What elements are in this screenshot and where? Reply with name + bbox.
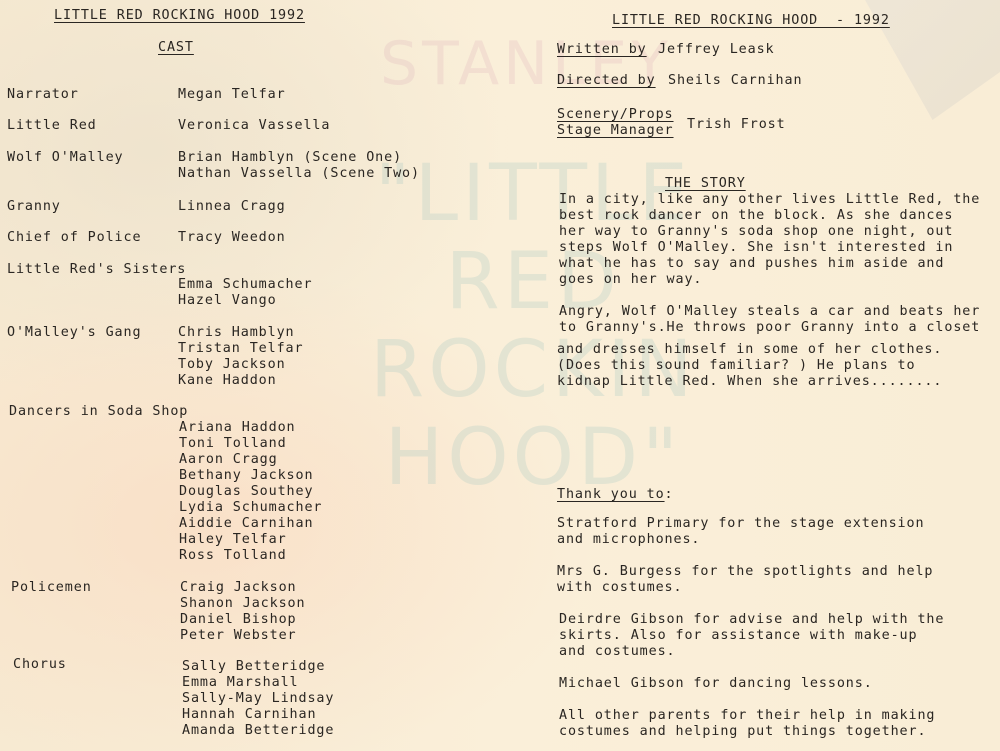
cast-name: Aaron Cragg: [179, 452, 322, 468]
cast-names: Sally Betteridge Emma Marshall Sally-May…: [182, 659, 334, 739]
cast-name: Megan Telfar: [178, 87, 286, 103]
credit-label: Written by: [557, 42, 647, 58]
cast-name: Tracy Weedon: [178, 230, 286, 246]
cast-name: Kane Haddon: [178, 373, 303, 389]
credit-label: Scenery/Props: [557, 107, 674, 123]
thanks-item: Michael Gibson for dancing lessons.: [559, 676, 873, 692]
cast-name: Amanda Betteridge: [182, 723, 334, 739]
role-label: Chorus: [13, 657, 67, 672]
cast-name: Hannah Carnihan: [182, 707, 334, 723]
cast-name: Haley Telfar: [179, 532, 322, 548]
role-label: Narrator: [7, 87, 79, 102]
role-label: Little Red's Sisters: [7, 262, 186, 277]
cast-name: Peter Webster: [180, 628, 305, 644]
credit-value: Jeffrey Leask: [658, 42, 775, 58]
thanks-item: Deirdre Gibson for advise and help with …: [559, 612, 944, 660]
role-label: Little Red: [7, 118, 97, 133]
cast-name: Lydia Schumacher: [179, 500, 322, 516]
cast-names: Ariana Haddon Toni Tolland Aaron Cragg B…: [179, 420, 322, 564]
cast-name: Sally-May Lindsay: [182, 691, 334, 707]
role-label: Granny: [7, 199, 61, 214]
cast-names: Linnea Cragg: [178, 199, 286, 215]
cast-names: Craig Jackson Shanon Jackson Daniel Bish…: [180, 580, 305, 644]
cast-name: Emma Marshall: [182, 675, 334, 691]
cast-name: Nathan Vassella (Scene Two): [178, 166, 420, 182]
right-page-title: LITTLE RED ROCKING HOOD - 1992: [612, 13, 890, 29]
role-label: Dancers in Soda Shop: [9, 404, 188, 419]
cast-name: Bethany Jackson: [179, 468, 322, 484]
cast-names: Emma Schumacher Hazel Vango: [178, 277, 312, 309]
thanks-heading-wrap: Thank you to:: [557, 487, 674, 503]
credit-label: Directed by: [557, 73, 656, 89]
cast-names: Megan Telfar: [178, 87, 286, 103]
credit-label-2: Stage Manager: [557, 123, 674, 139]
cast-name: Hazel Vango: [178, 293, 312, 309]
cast-name: Craig Jackson: [180, 580, 305, 596]
story-paragraph: Angry, Wolf O'Malley steals a car and be…: [559, 304, 980, 336]
thanks-heading: Thank you to: [557, 487, 665, 502]
story-heading: THE STORY: [665, 176, 746, 192]
thanks-item: Stratford Primary for the stage extensio…: [557, 516, 924, 548]
cast-name: Sally Betteridge: [182, 659, 334, 675]
left-page-title: LITTLE RED ROCKING HOOD 1992: [54, 8, 305, 24]
cast-heading: CAST: [158, 40, 194, 56]
role-label: Wolf O'Malley: [7, 150, 124, 165]
cast-name: Ariana Haddon: [179, 420, 322, 436]
story-paragraph: In a city, like any other lives Little R…: [559, 192, 980, 288]
cast-name: Toni Tolland: [179, 436, 322, 452]
cast-name: Brian Hamblyn (Scene One): [178, 150, 420, 166]
cast-name: Chris Hamblyn: [178, 325, 303, 341]
cast-name: Daniel Bishop: [180, 612, 305, 628]
credit-value: Trish Frost: [687, 117, 786, 133]
thanks-item: All other parents for their help in maki…: [559, 708, 935, 740]
cast-name: Shanon Jackson: [180, 596, 305, 612]
thanks-colon: :: [665, 487, 674, 502]
role-label: Chief of Police: [7, 230, 141, 245]
cast-name: Tristan Telfar: [178, 341, 303, 357]
cast-name: Emma Schumacher: [178, 277, 312, 293]
cast-name: Ross Tolland: [179, 548, 322, 564]
cast-names: Tracy Weedon: [178, 230, 286, 246]
thanks-item: Mrs G. Burgess for the spotlights and he…: [557, 564, 933, 596]
credit-value: Sheils Carnihan: [668, 73, 802, 89]
cast-name: Veronica Vassella: [178, 118, 330, 134]
cast-names: Brian Hamblyn (Scene One) Nathan Vassell…: [178, 150, 420, 182]
cast-name: Toby Jackson: [178, 357, 303, 373]
cast-name: Douglas Southey: [179, 484, 322, 500]
role-label: Policemen: [11, 580, 92, 595]
cast-names: Veronica Vassella: [178, 118, 330, 134]
cast-names: Chris Hamblyn Tristan Telfar Toby Jackso…: [178, 325, 303, 389]
cast-name: Linnea Cragg: [178, 199, 286, 215]
cast-name: Aiddie Carnihan: [179, 516, 322, 532]
story-paragraph: and dresses himself in some of her cloth…: [557, 342, 942, 390]
role-label: O'Malley's Gang: [7, 325, 141, 340]
